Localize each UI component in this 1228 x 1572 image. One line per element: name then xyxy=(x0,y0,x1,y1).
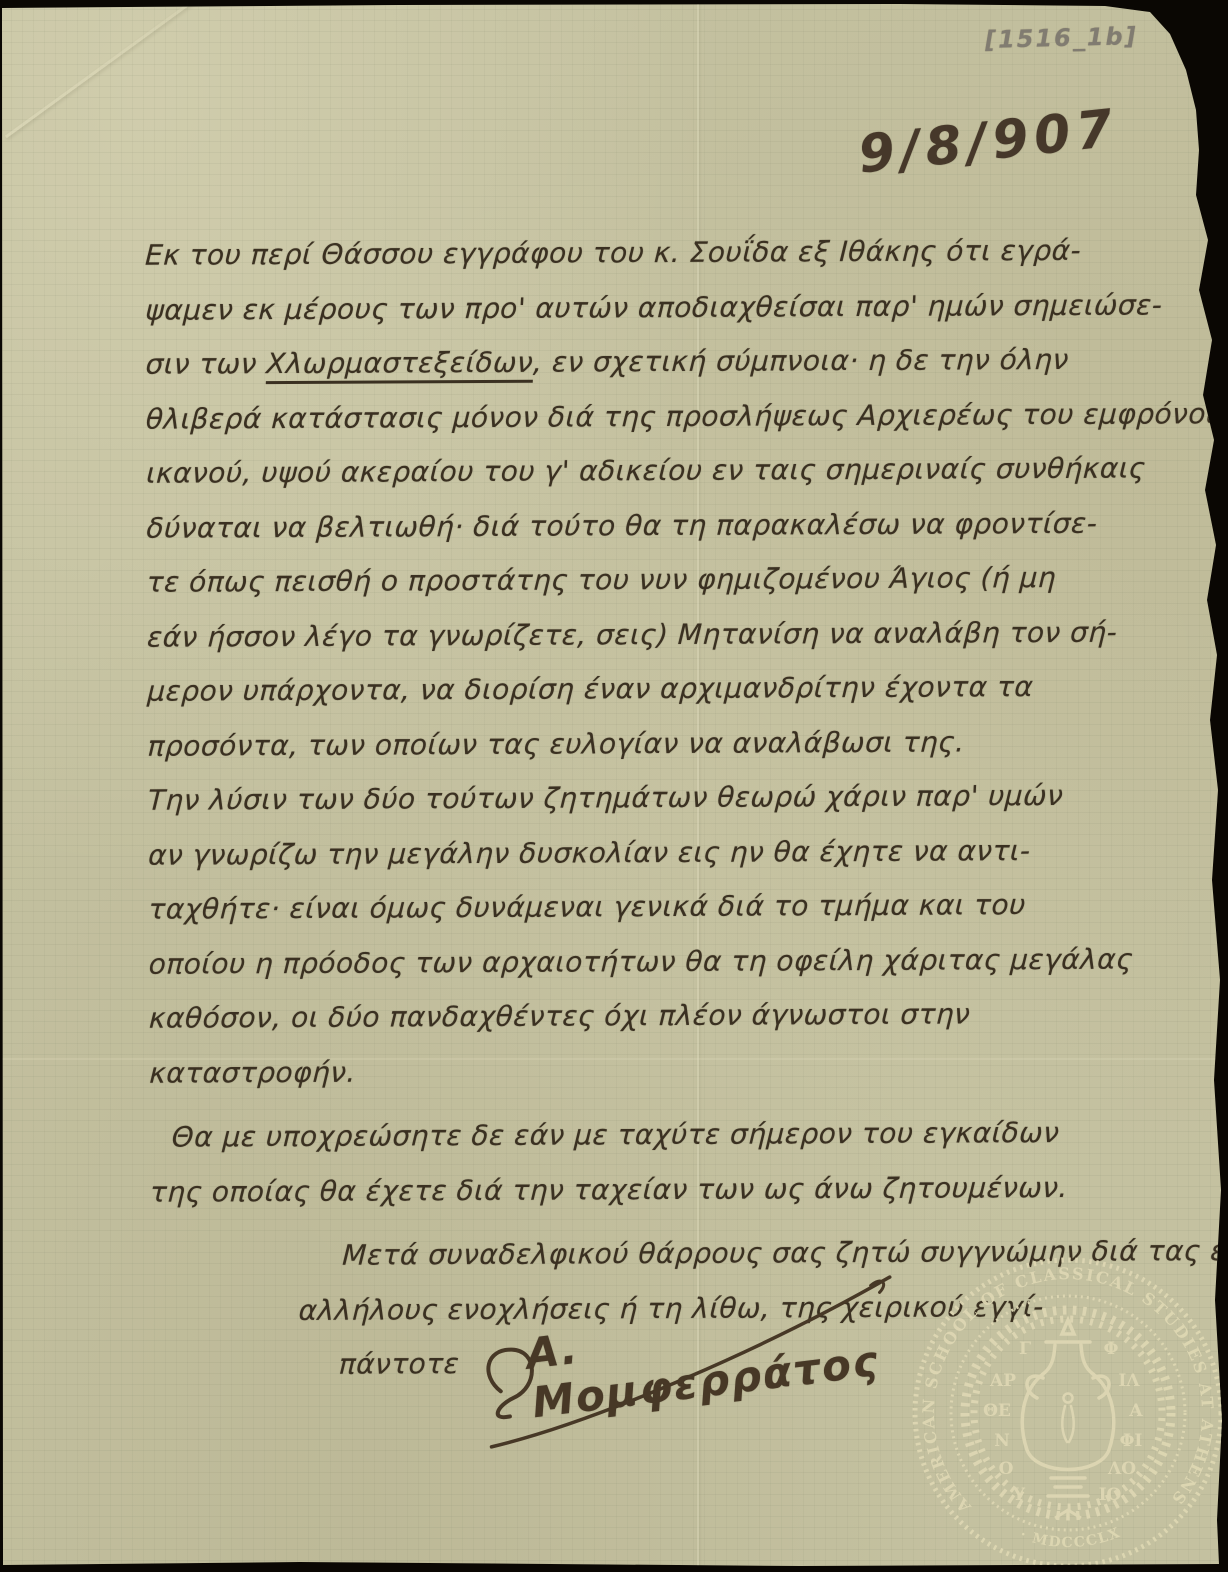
letter-line: μερον υπάρχοντα, να διορίση έναν αρχιμαν… xyxy=(146,659,1205,719)
seal-letter: ΑΡ xyxy=(989,1371,1016,1391)
line-text: σιν των xyxy=(145,347,267,381)
letter-line: προσόντα, των οποίων τας ευλογίαν να ανα… xyxy=(146,714,1205,774)
archive-number: [1516_1b] xyxy=(985,22,1138,54)
seal-letter: ΛΟ xyxy=(1107,1459,1136,1479)
line-text: , εν σχετική σύμπνοια· η δε την όλην xyxy=(532,343,1069,379)
amphora-icon xyxy=(1022,1320,1114,1496)
letter-line: της οποίας θα έχετε διά την ταχείαν των … xyxy=(149,1160,1208,1220)
seal-letter: Φ xyxy=(1104,1339,1119,1359)
seal-letter: ΙΟ xyxy=(1099,1485,1122,1505)
seal-letter: Α xyxy=(1128,1401,1143,1421)
seal-letter: ΙΛ xyxy=(1118,1371,1140,1391)
letter-body: Εκ του περί Θάσσου εγγράφου του κ. Σουΐδ… xyxy=(145,223,1207,1393)
letter-line: θλιβερά κατάστασις μόνον διά της προσλήψ… xyxy=(145,387,1204,447)
letter-line: καταστροφήν. xyxy=(148,1041,1207,1101)
letter-line: δύναται να βελτιωθή· διά τούτο θα τη παρ… xyxy=(145,496,1204,556)
seal-letter: Γ xyxy=(1019,1339,1031,1359)
seal-greek-letters-right: Φ ΙΛ Α ΦΙ ΛΟ ΙΟ xyxy=(1099,1339,1144,1505)
seal-letter: Ο xyxy=(999,1459,1014,1479)
letter-line: Θα με υποχρεώσητε δε εάν με ταχύτε σήμερ… xyxy=(148,1105,1207,1165)
letter-line: ψαμεν εκ μέρους των προ' αυτών αποδιαχθε… xyxy=(144,278,1203,338)
scanned-letter: [1516_1b] 9/8/907 Εκ του περί Θάσσου εγγ… xyxy=(0,0,1228,1572)
letter-line: αν γνωρίζω την μεγάλην δυσκολίαν εις ην … xyxy=(147,823,1206,883)
letter-line: Την λύσιν των δύο τούτων ζητημάτων θεωρώ… xyxy=(147,768,1206,828)
underlined-word: Χλωρμαστεξείδων xyxy=(265,346,534,384)
letter-line: σιν των Χλωρμαστεξείδων, εν σχετική σύμπ… xyxy=(144,332,1203,392)
letter-line: ταχθήτε· είναι όμως δυνάμεναι γενικά διά… xyxy=(147,877,1206,937)
letter-line: τε όπως πεισθή ο προστάτης του νυν φημιζ… xyxy=(146,550,1205,610)
paper-sheet: [1516_1b] 9/8/907 Εκ του περί Θάσσου εγγ… xyxy=(0,0,1228,1572)
letter-date: 9/8/907 xyxy=(856,99,1122,186)
seal-letter: Υ xyxy=(1012,1485,1026,1505)
letter-line: οποίου η πρόοδος των αρχαιοτήτων θα τη ο… xyxy=(148,932,1207,992)
seal-letter: ΦΙ xyxy=(1120,1431,1143,1451)
letter-line: Εκ του περί Θάσσου εγγράφου του κ. Σουΐδ… xyxy=(144,223,1203,283)
seal-letter: Ν xyxy=(994,1431,1010,1451)
seal-letter: ΘΕ xyxy=(983,1401,1011,1421)
ascsa-seal: AMERICAN SCHOOL OF CLASSICAL STUDIES AT … xyxy=(905,1250,1228,1572)
letter-line: καθόσον, οι δύο πανδαχθέντες όχι πλέον ά… xyxy=(148,986,1207,1046)
letter-line: εάν ήσσον λέγο τα γνωρίζετε, σεις) Μηταν… xyxy=(146,605,1205,665)
corner-crease xyxy=(5,0,209,138)
letter-line: ικανού, υψού ακεραίου του γ' αδικείου εν… xyxy=(145,441,1204,501)
